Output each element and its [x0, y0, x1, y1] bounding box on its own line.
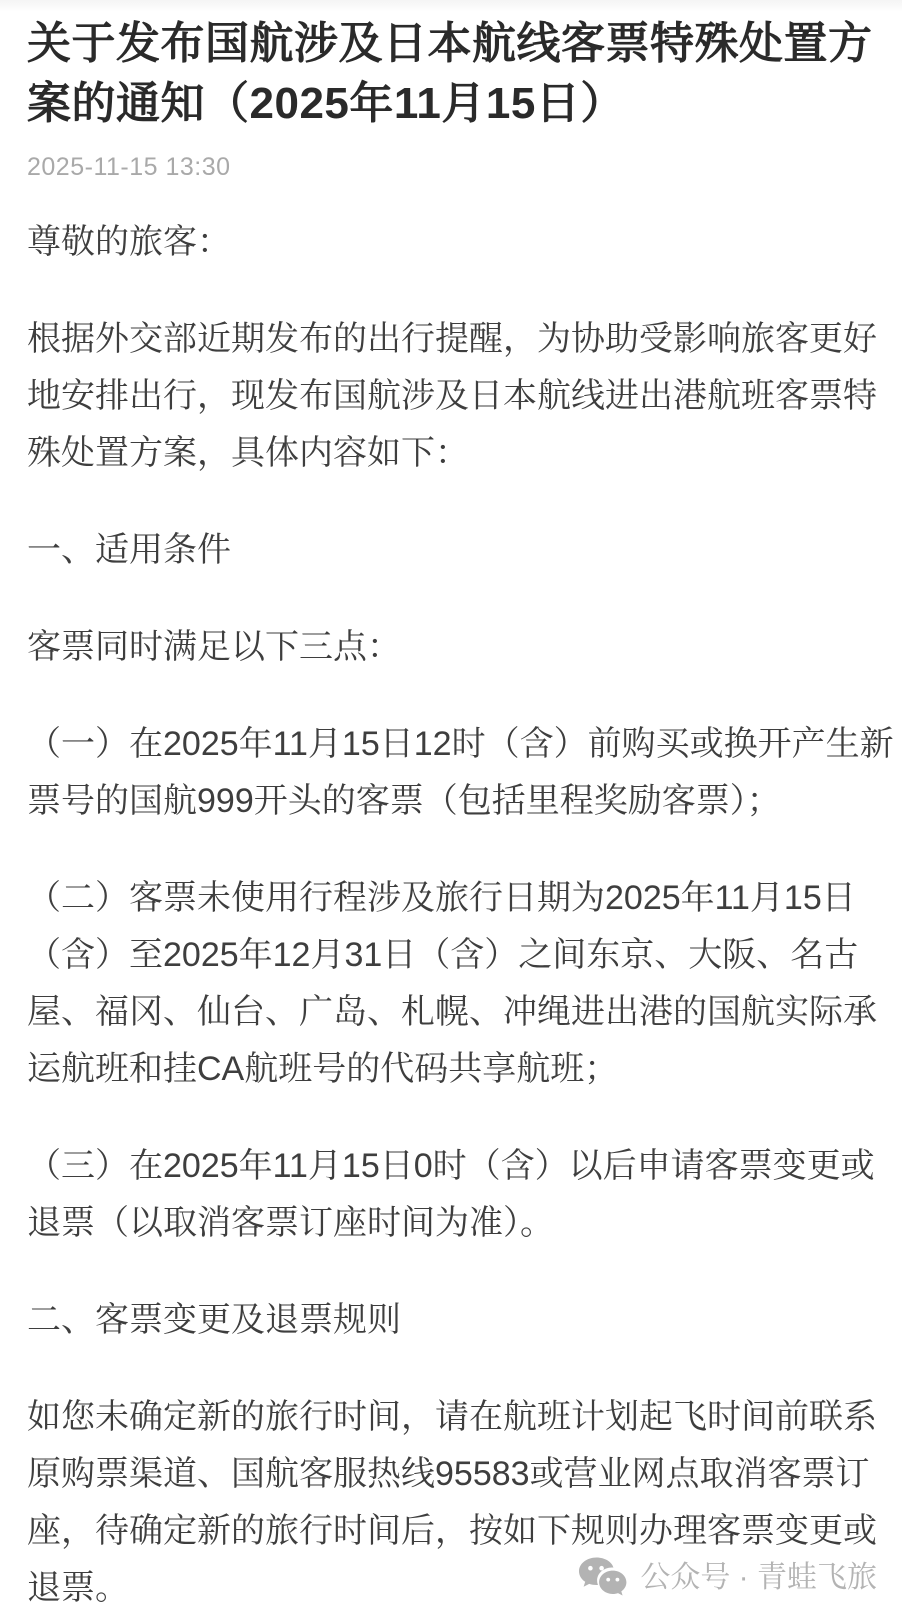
- text-line: 退票（以取消客票订座时间为准）。: [27, 1195, 875, 1252]
- watermark: 公众号 · 青蛙飞旅: [576, 1556, 877, 1600]
- wechat-icon: [576, 1556, 628, 1600]
- text-line: 根据外交部近期发布的出行提醒，为协助受影响旅客更好: [27, 311, 875, 368]
- publish-time: 2025-11-15 13:30: [27, 152, 875, 182]
- text-line: 客票同时满足以下三点：: [27, 619, 875, 676]
- text-line: 票号的国航999开头的客票（包括里程奖励客票）；: [27, 773, 875, 830]
- text-line: （一）在2025年11月15日12时（含）前购买或换开产生新: [27, 716, 875, 773]
- text-line: 座，待确定新的旅行时间后，按如下规则办理客票变更或: [27, 1503, 875, 1560]
- paragraph-condition-1: （一）在2025年11月15日12时（含）前购买或换开产生新 票号的国航999开…: [27, 716, 875, 830]
- paragraph-salutation: 尊敬的旅客：: [27, 214, 875, 271]
- text-line: 尊敬的旅客：: [27, 214, 875, 271]
- heading-line: 一、适用条件: [27, 522, 875, 579]
- paragraph-conditions-lead: 客票同时满足以下三点：: [27, 619, 875, 676]
- section-heading-2: 二、客票变更及退票规则: [27, 1292, 875, 1349]
- title-line-1: 关于发布国航涉及日本航线客票特殊处置方: [27, 14, 875, 74]
- article-body: 尊敬的旅客： 根据外交部近期发布的出行提醒，为协助受影响旅客更好 地安排出行，现…: [27, 214, 875, 1612]
- text-line: 地安排出行，现发布国航涉及日本航线进出港航班客票特: [27, 368, 875, 425]
- paragraph-condition-3: （三）在2025年11月15日0时（含）以后申请客票变更或 退票（以取消客票订座…: [27, 1138, 875, 1252]
- paragraph-intro: 根据外交部近期发布的出行提醒，为协助受影响旅客更好 地安排出行，现发布国航涉及日…: [27, 311, 875, 482]
- text-line: 原购票渠道、国航客服热线95583或营业网点取消客票订: [27, 1446, 875, 1503]
- text-line: （含）至2025年12月31日（含）之间东京、大阪、名古: [27, 927, 875, 984]
- article-title: 关于发布国航涉及日本航线客票特殊处置方 案的通知（2025年11月15日）: [27, 0, 875, 134]
- text-line: 屋、福冈、仙台、广岛、札幌、冲绳进出港的国航实际承: [27, 984, 875, 1041]
- paragraph-condition-2: （二）客票未使用行程涉及旅行日期为2025年11月15日 （含）至2025年12…: [27, 870, 875, 1098]
- section-heading-1: 一、适用条件: [27, 522, 875, 579]
- text-line: （三）在2025年11月15日0时（含）以后申请客票变更或: [27, 1138, 875, 1195]
- top-edge-shadow: [0, 0, 902, 12]
- heading-line: 二、客票变更及退票规则: [27, 1292, 875, 1349]
- text-line: （二）客票未使用行程涉及旅行日期为2025年11月15日: [27, 870, 875, 927]
- text-line: 如您未确定新的旅行时间，请在航班计划起飞时间前联系: [27, 1389, 875, 1446]
- text-line: 殊处置方案，具体内容如下：: [27, 425, 875, 482]
- title-line-2: 案的通知（2025年11月15日）: [27, 74, 875, 134]
- text-line: 运航班和挂CA航班号的代码共享航班；: [27, 1041, 875, 1098]
- article-page: 关于发布国航涉及日本航线客票特殊处置方 案的通知（2025年11月15日） 20…: [0, 0, 902, 1612]
- watermark-label: 公众号 · 青蛙飞旅: [640, 1557, 877, 1599]
